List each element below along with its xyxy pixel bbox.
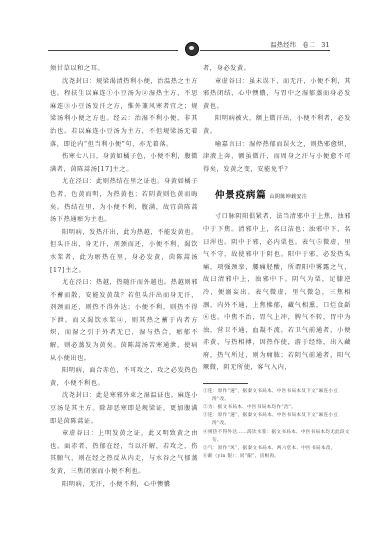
footnote: ⑤气：原作“风”，据秦文书局本、两六堂本、中医书局本改。 xyxy=(203,445,351,453)
footnote: ④则热不得外达……渴饮水浆：据文书局本、中医书局本均无此段文句。 xyxy=(203,429,351,445)
paragraph: 者，身必发黄。 xyxy=(203,63,351,76)
paragraph: 阳明病，面合赤色，不可攻之，攻之必发热色黄，小便不利也。 xyxy=(50,365,198,390)
section-heading: 仲景疫病篇山阴陈坤载安注 xyxy=(215,190,351,203)
paragraph: 阳明病，无汗，小便不利，心中懊憹 xyxy=(50,479,198,492)
page-header: 温热经纬卷二31 xyxy=(48,49,330,57)
book-title: 温热经纬 xyxy=(270,42,296,49)
header-rule-right xyxy=(200,50,330,51)
paragraph: 寸口脉阴阳俱紧者，法当清邪中于上焦，浊邪中于下焦。清邪中上，名曰洁也；浊邪中下，… xyxy=(203,211,351,375)
right-column: 者，身必发黄。 章虚谷曰：虽未误下，而无汗，小便不利，其邪热闭结，心中懊憹，与胃… xyxy=(203,63,351,461)
paragraph: 阳明病，发热汗出，此为热越，不能发黄也。但头汗出，身无汗，剂颈而还，小便不利，渴… xyxy=(50,227,198,277)
paragraph: 伤寒七八日，身黄如橘子色，小便不利，腹微满者，茵陈蒿汤[17]主之。 xyxy=(50,151,198,176)
section-author: 山阴陈坤载安注 xyxy=(270,194,308,200)
footnote: ①连：原作“速”，据秦文书局本、中医书局本及下文“麻连小豆汤”改。 xyxy=(203,388,351,404)
paragraph: 阳明病被火，额上微汗出，小便不利者，必发黄。 xyxy=(203,113,351,138)
section-title: 仲景疫病篇 xyxy=(215,190,267,201)
paragraph: 章虚谷曰：虽未误下，而无汗，小便不利，其邪热闭结，心中懊憹，与胃中之湿郁蒸而身必… xyxy=(203,76,351,114)
footnotes: ①连：原作“速”，据秦文书局本、中医书局本及下文“麻连小豆汤”改。 ②为：据文书… xyxy=(203,388,351,461)
paragraph: 须甘草以和之耳。 xyxy=(50,63,198,76)
left-column: 须甘草以和之耳。 沈尧封曰：规梁渴清热利小便，治温热之主方也。程扶生以麻连①小豆… xyxy=(50,63,198,491)
paragraph: 沈尧封曰：规梁渴清热利小便，治温热之主方也。程扶生以麻连①小豆汤为②湿热主方，不… xyxy=(50,76,198,152)
footnote: ③连：原作“速”，据秦文书局本、中医书局本及下文“麻连小豆汤”改。 xyxy=(203,412,351,428)
paragraph: 喻嘉言曰：湿停热郁而误火之，则热邪愈炽，津液上奔，额虽微汗，而周身之汗与小便愈不… xyxy=(203,139,351,177)
header-rule-left xyxy=(48,50,178,51)
paragraph: 尤在泾曰：此则热结在里之证也。身黄如橘子色者，色黄而明，为热黄也；若阴黄则色黄而… xyxy=(50,176,198,226)
publisher-logo-icon xyxy=(185,42,199,56)
page-number: 31 xyxy=(321,42,330,49)
paragraph: 章虚谷曰：上明发黄之证，此又明致黄之由也。面赤者，热郁在经，当以汗解，若攻之，伤… xyxy=(50,428,198,478)
paragraph: 尤在泾曰：热越，热随汗而外越也。热越则邪不蓄而散，安能发黄哉？若但头汗出而身无汗… xyxy=(50,277,198,365)
volume-label: 卷二 xyxy=(302,42,315,49)
footnote: ②为：据文书局本、中医书局本均作“治”。 xyxy=(203,404,351,412)
paragraph: 沈尧封曰：此是寒邪外束之湿温证也。麻连小豆汤是其主方。除却恶寒即是规梁证，更加腹… xyxy=(50,390,198,428)
footnote-divider xyxy=(203,383,248,384)
running-head: 温热经纬卷二31 xyxy=(264,40,330,49)
footnote: ⑥龂（yín 银）：同“龈”，齿根肉。 xyxy=(203,453,351,461)
